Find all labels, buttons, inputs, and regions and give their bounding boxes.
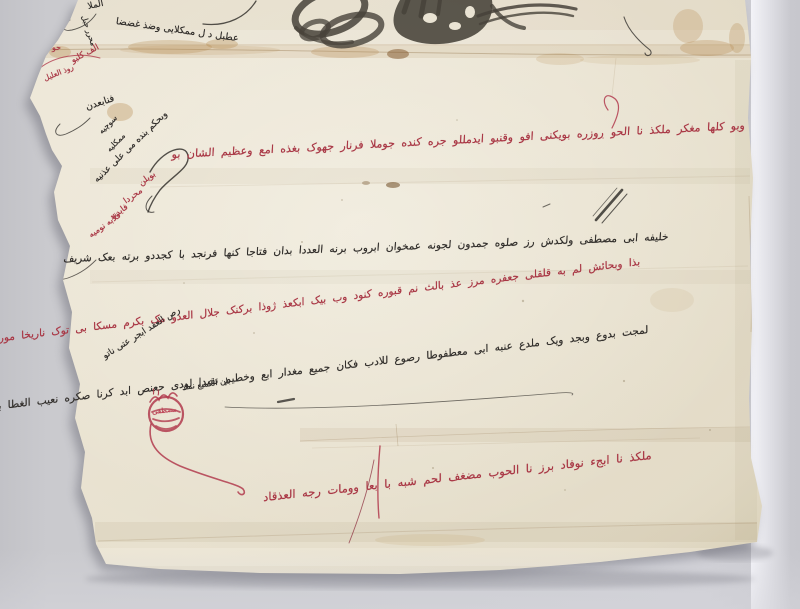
photograph-scene: وبو کلها مغکر ملکذ نا الحو ڔوزره بویکنی … xyxy=(0,0,800,609)
marginal-note-4: حو xyxy=(52,42,61,53)
document-photo-graphics xyxy=(0,0,800,609)
paper-texture xyxy=(0,0,800,609)
seal-numerals: ۱۱ xyxy=(150,387,161,400)
